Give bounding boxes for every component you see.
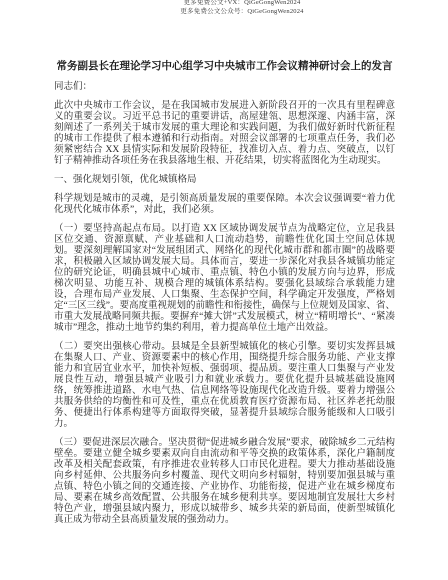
section-one-lead: 科学规划是城市的灵魂，是引领高质量发展的重要保障。本次会议强调要“着力优化现代化… xyxy=(54,194,395,216)
section-one-point-one: （一）要坚持高起点布局。以打造 XX 区域协调发展节点为战略定位，立足我县区位交… xyxy=(54,224,395,334)
document-page: 更多免费公文+VX：QiGeGongWen2024 更多免费公文公众号：QiGe… xyxy=(0,0,448,580)
watermark-line-1: 更多免费公文+VX：QiGeGongWen2024 xyxy=(18,0,448,7)
watermark-line-2: 更多免费公文公众号：QiGeGongWen2024 xyxy=(18,7,448,16)
section-one-point-two: （二）要突出强核心带动。县城是全县新型城镇化的核心引擎。要切实发挥县城在集聚人口… xyxy=(54,342,395,430)
document-title: 常务副县长在理论学习中心组学习中央城市工作会议精神研讨会上的发言 xyxy=(54,60,395,73)
salutation: 同志们： xyxy=(54,82,395,93)
section-one-heading: 一、强化规划引领，优化城镇格局 xyxy=(54,175,395,186)
watermark-header: 更多免费公文+VX：QiGeGongWen2024 更多免费公文公众号：QiGe… xyxy=(18,0,448,16)
document-body: 常务副县长在理论学习中心组学习中央城市工作会议精神研讨会上的发言 同志们： 此次… xyxy=(54,60,395,534)
section-one-point-three: （三）要促进深层次融合。坚决贯彻“促进城乡融合发展”要求，破除城乡二元结构壁垒。… xyxy=(54,438,395,526)
opening-paragraph: 此次中央城市工作会议，是在我国城市发展进入新阶段召开的一次具有里程碑意义的重要会… xyxy=(54,101,395,167)
